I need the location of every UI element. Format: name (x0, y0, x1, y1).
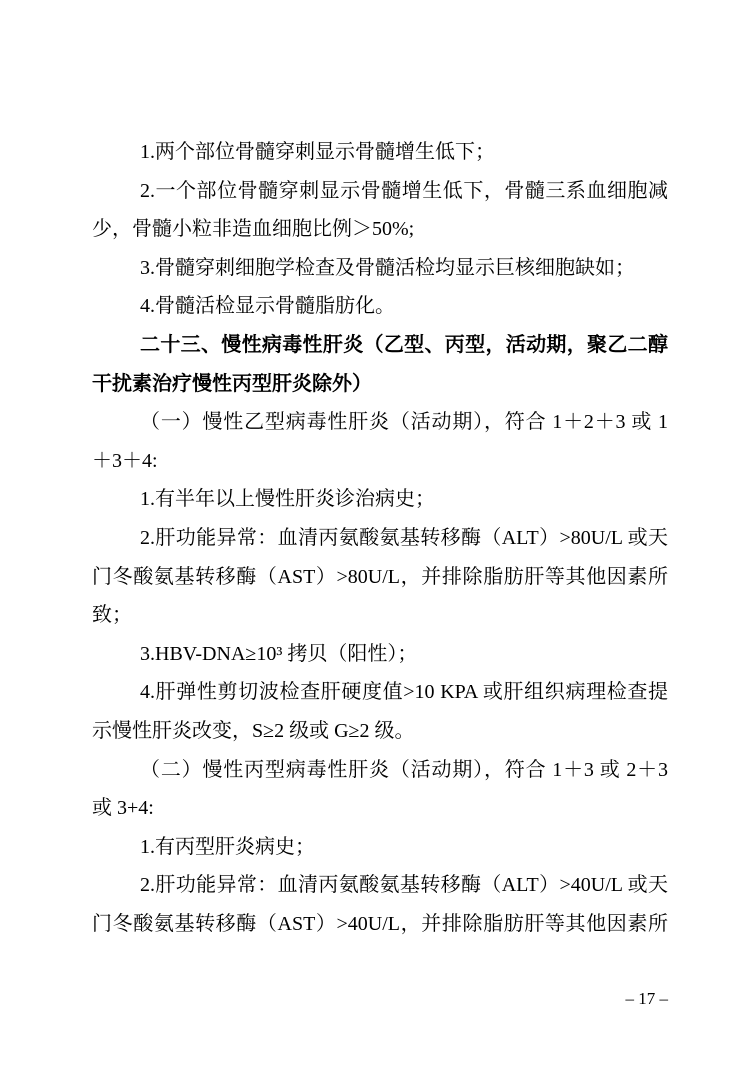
text-line: 3.HBV-DNA≥10³ 拷贝（阳性）； (92, 635, 668, 674)
section-heading-line: 干扰素治疗慢性丙型肝炎除外） (92, 365, 668, 404)
section-heading-line: 二十三、慢性病毒性肝炎（乙型、丙型，活动期，聚乙二醇 (92, 326, 668, 365)
text-line: 门冬酸氨基转移酶（AST）>40U/L，并排除脂肪肝等其他因素所 (92, 905, 668, 944)
document-page: 1.两个部位骨髓穿刺显示骨髓增生低下；2.一个部位骨髓穿刺显示骨髓增生低下，骨髓… (0, 0, 754, 1070)
text-line: 门冬酸氨基转移酶（AST）>80U/L，并排除脂肪肝等其他因素所 (92, 558, 668, 597)
page-number: – 17 – (92, 988, 668, 1010)
text-line: 1.有半年以上慢性肝炎诊治病史； (92, 480, 668, 519)
text-line: 1.有丙型肝炎病史； (92, 828, 668, 867)
text-line: 示慢性肝炎改变，S≥2 级或 G≥2 级。 (92, 712, 668, 751)
text-line: 或 3+4: (92, 789, 668, 828)
text-line: 2.肝功能异常：血清丙氨酸氨基转移酶（ALT）>80U/L 或天 (92, 519, 668, 558)
text-line: （一）慢性乙型病毒性肝炎（活动期），符合 1＋2＋3 或 1 (92, 403, 668, 442)
text-line: （二）慢性丙型病毒性肝炎（活动期），符合 1＋3 或 2＋3 (92, 751, 668, 790)
text-line: 4.骨髓活检显示骨髓脂肪化。 (92, 287, 668, 326)
document-text-block: 1.两个部位骨髓穿刺显示骨髓增生低下；2.一个部位骨髓穿刺显示骨髓增生低下，骨髓… (92, 133, 668, 943)
text-line: 3.骨髓穿刺细胞学检查及骨髓活检均显示巨核细胞缺如； (92, 249, 668, 288)
text-line: 4.肝弹性剪切波检查肝硬度值>10 KPA 或肝组织病理检查提 (92, 673, 668, 712)
text-line: ＋3＋4: (92, 442, 668, 481)
text-line: 少，骨髓小粒非造血细胞比例＞50%; (92, 210, 668, 249)
text-line: 2.肝功能异常：血清丙氨酸氨基转移酶（ALT）>40U/L 或天 (92, 866, 668, 905)
text-line: 2.一个部位骨髓穿刺显示骨髓增生低下，骨髓三系血细胞减 (92, 172, 668, 211)
text-line: 致； (92, 596, 668, 635)
text-line: 1.两个部位骨髓穿刺显示骨髓增生低下； (92, 133, 668, 172)
